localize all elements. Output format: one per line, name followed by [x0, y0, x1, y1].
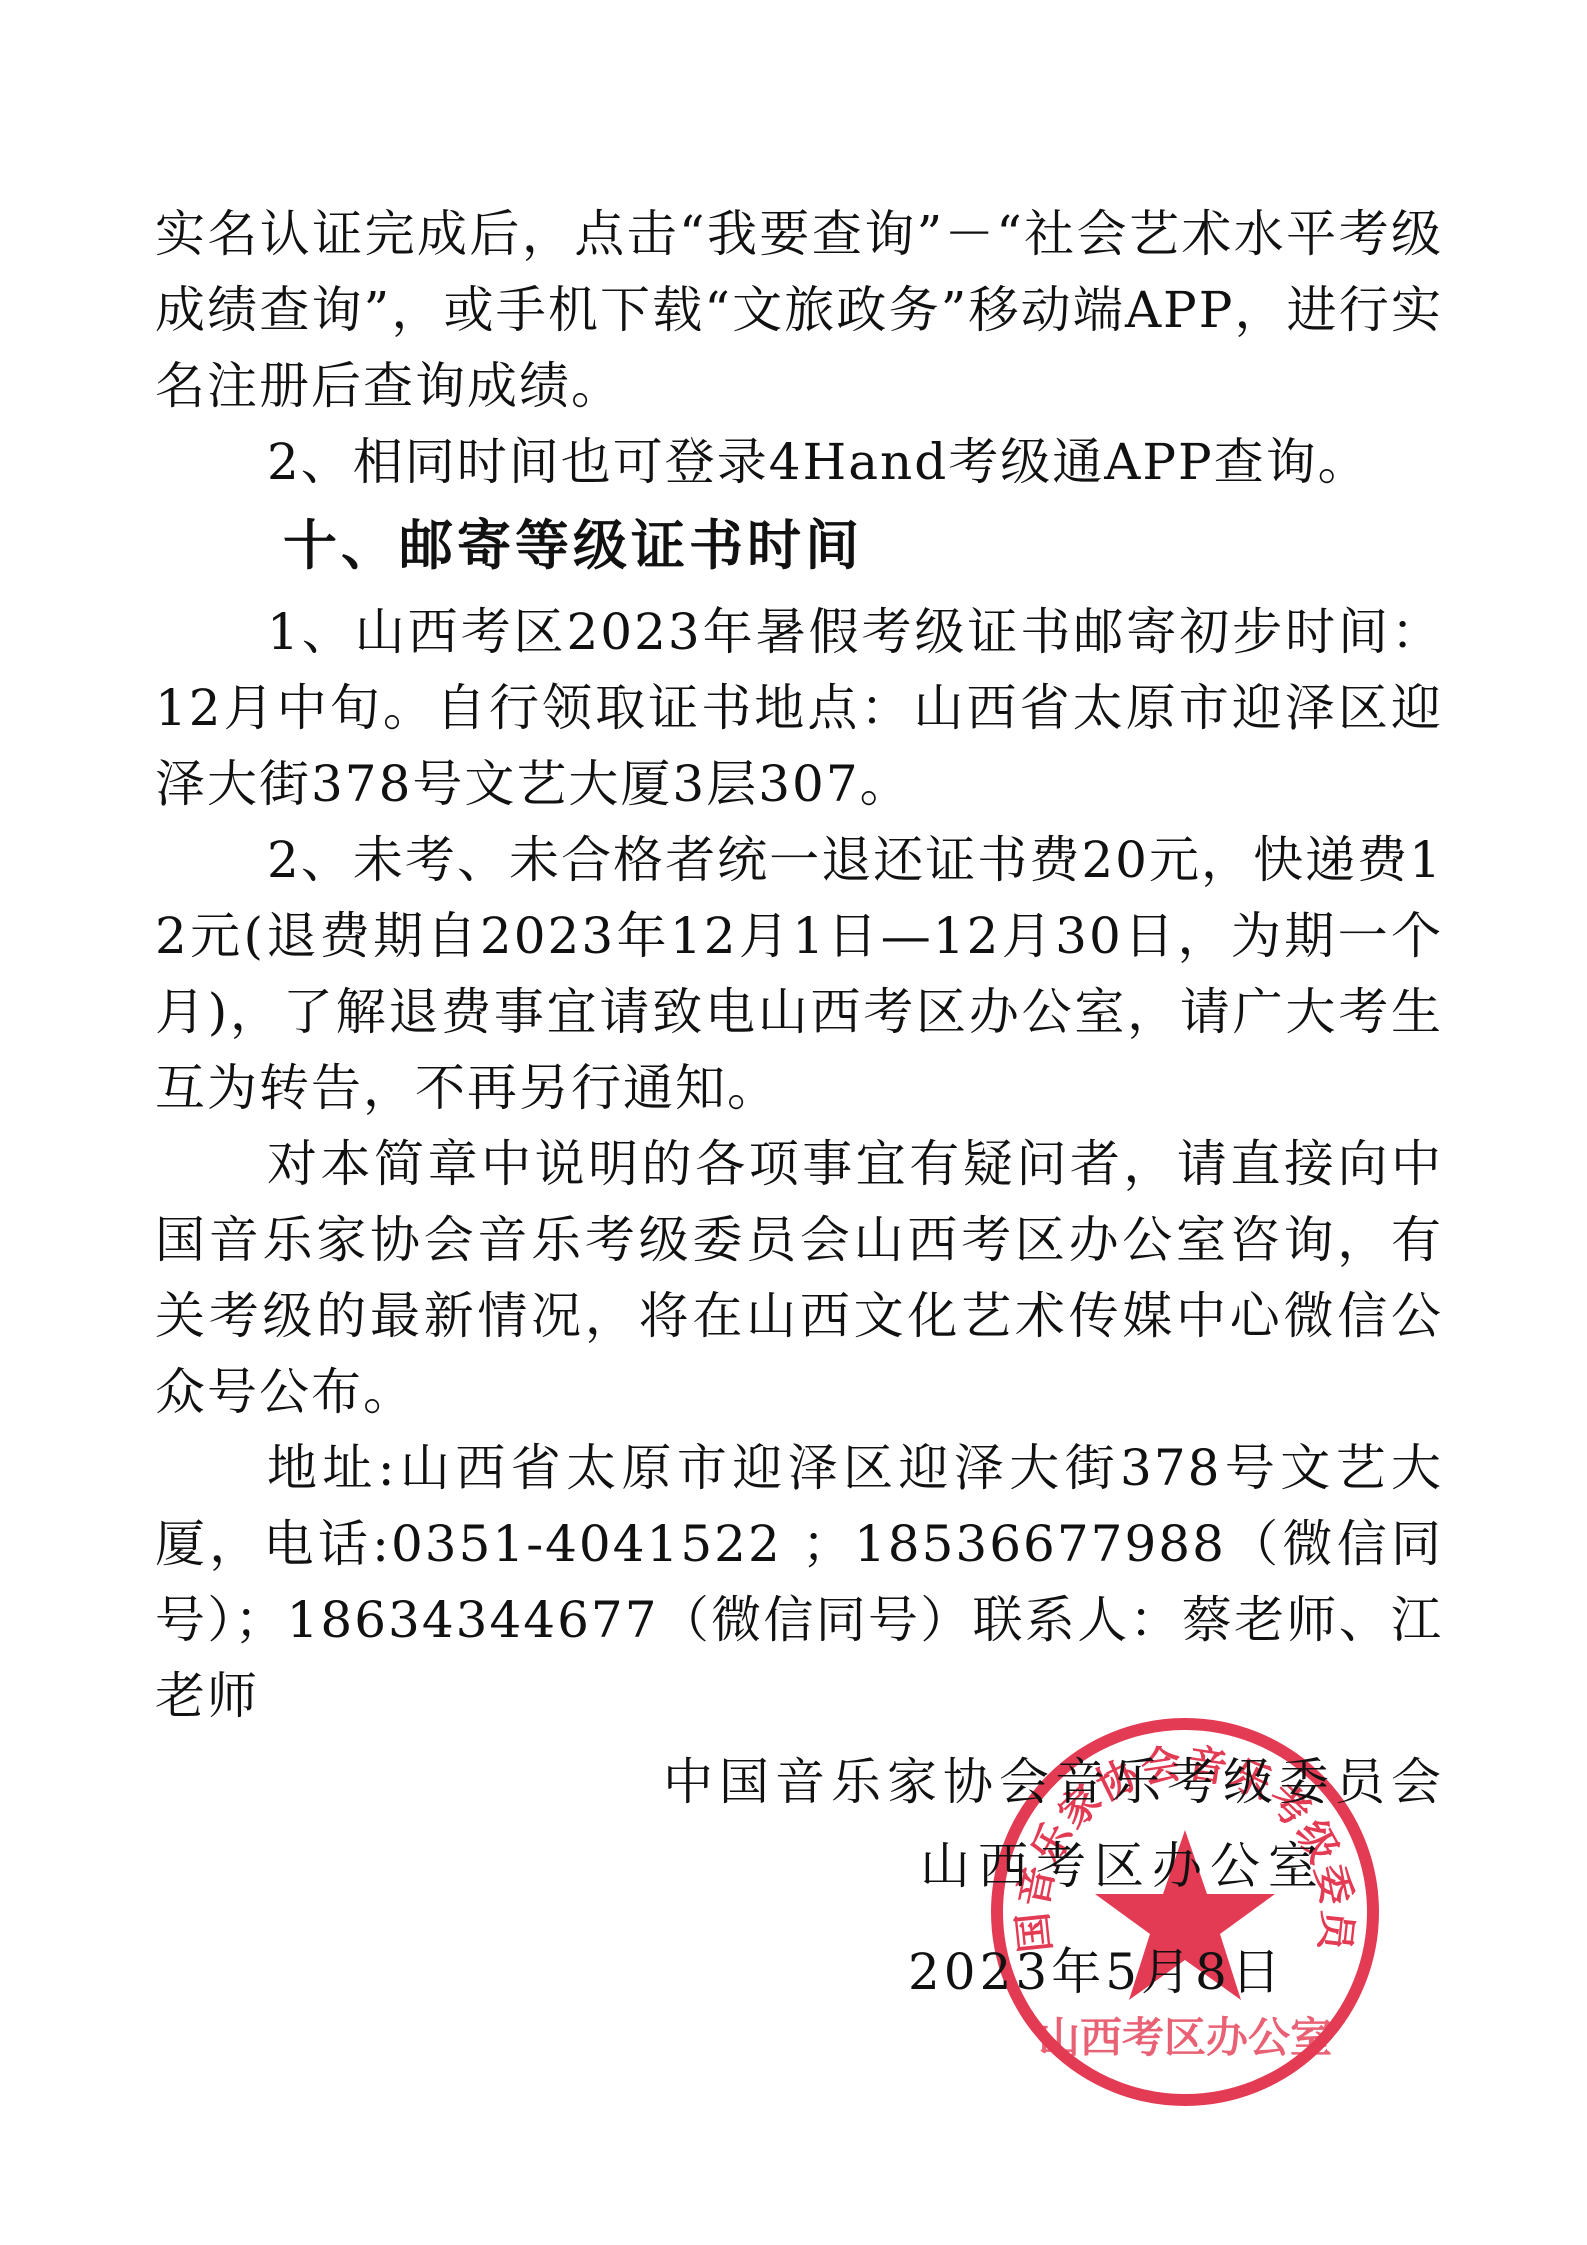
- section-heading-mailing-certificates: 十、邮寄等级证书时间: [283, 504, 1443, 588]
- paragraph-consult-note: 对本简章中说明的各项事宜有疑问者，请直接向中国音乐家协会音乐考级委员会山西考区办…: [155, 1126, 1443, 1430]
- paragraph-mailing-time: 1、山西考区2023年暑假考级证书邮寄初步时间：12月中旬。自行领取证书地点：山…: [155, 594, 1443, 822]
- document-body: 实名认证完成后，点击“我要查询”－“社会艺术水平考级成绩查询”，或手机下载“文旅…: [155, 196, 1443, 1734]
- star-icon: [1095, 1830, 1275, 2000]
- paragraph-query-instructions: 实名认证完成后，点击“我要查询”－“社会艺术水平考级成绩查询”，或手机下载“文旅…: [155, 196, 1443, 424]
- paragraph-contact-info: 地址:山西省太原市迎泽区迎泽大街378号文艺大厦，电话:0351-4041522…: [155, 1430, 1443, 1734]
- signature-organization: 中国音乐家协会音乐考级委员会: [663, 1752, 1447, 1812]
- official-seal-stamp: 中国音乐家协会音乐考级委员会 山西考区办公室: [985, 1712, 1385, 2112]
- svg-text:中国音乐家协会音乐考级委员会: 中国音乐家协会音乐考级委员会: [985, 1712, 1360, 1956]
- paragraph-query-4hand: 2、相同时间也可登录4Hand考级通APP查询。: [155, 424, 1443, 500]
- stamp-bottom-text: 山西考区办公室: [1038, 2013, 1332, 2062]
- stamp-arc-text: 中国音乐家协会音乐考级委员会: [985, 1712, 1360, 1956]
- signature-office: 山西考区办公室: [920, 1836, 1326, 1896]
- paragraph-refund-policy: 2、未考、未合格者统一退还证书费20元，快递费12元(退费期自2023年12月1…: [155, 822, 1443, 1126]
- document-page: 实名认证完成后，点击“我要查询”－“社会艺术水平考级成绩查询”，或手机下载“文旅…: [0, 0, 1587, 2245]
- seal-icon: 中国音乐家协会音乐考级委员会 山西考区办公室: [985, 1712, 1385, 2112]
- signature-date: 2023年5月8日: [908, 1942, 1285, 2002]
